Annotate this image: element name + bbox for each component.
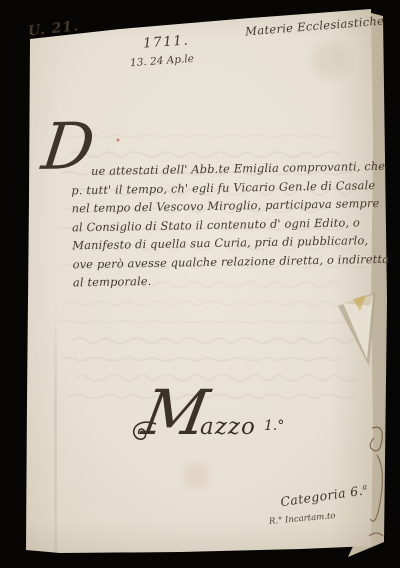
body-lines: ue attestati dell' Abb.te Emiglia compro… xyxy=(71,157,373,292)
signature-number: 1.° xyxy=(264,418,284,434)
category-superscript: a xyxy=(362,482,368,492)
year-notation: 1711. xyxy=(142,32,189,51)
photo-background: U. 21. 1711. 13. 24 Ap.le Materie Eccles… xyxy=(0,0,400,568)
paper-fold-line xyxy=(54,300,57,552)
signature-rest: azzo xyxy=(200,414,256,440)
mazzo-signature: M azzo 1.° xyxy=(126,386,326,466)
